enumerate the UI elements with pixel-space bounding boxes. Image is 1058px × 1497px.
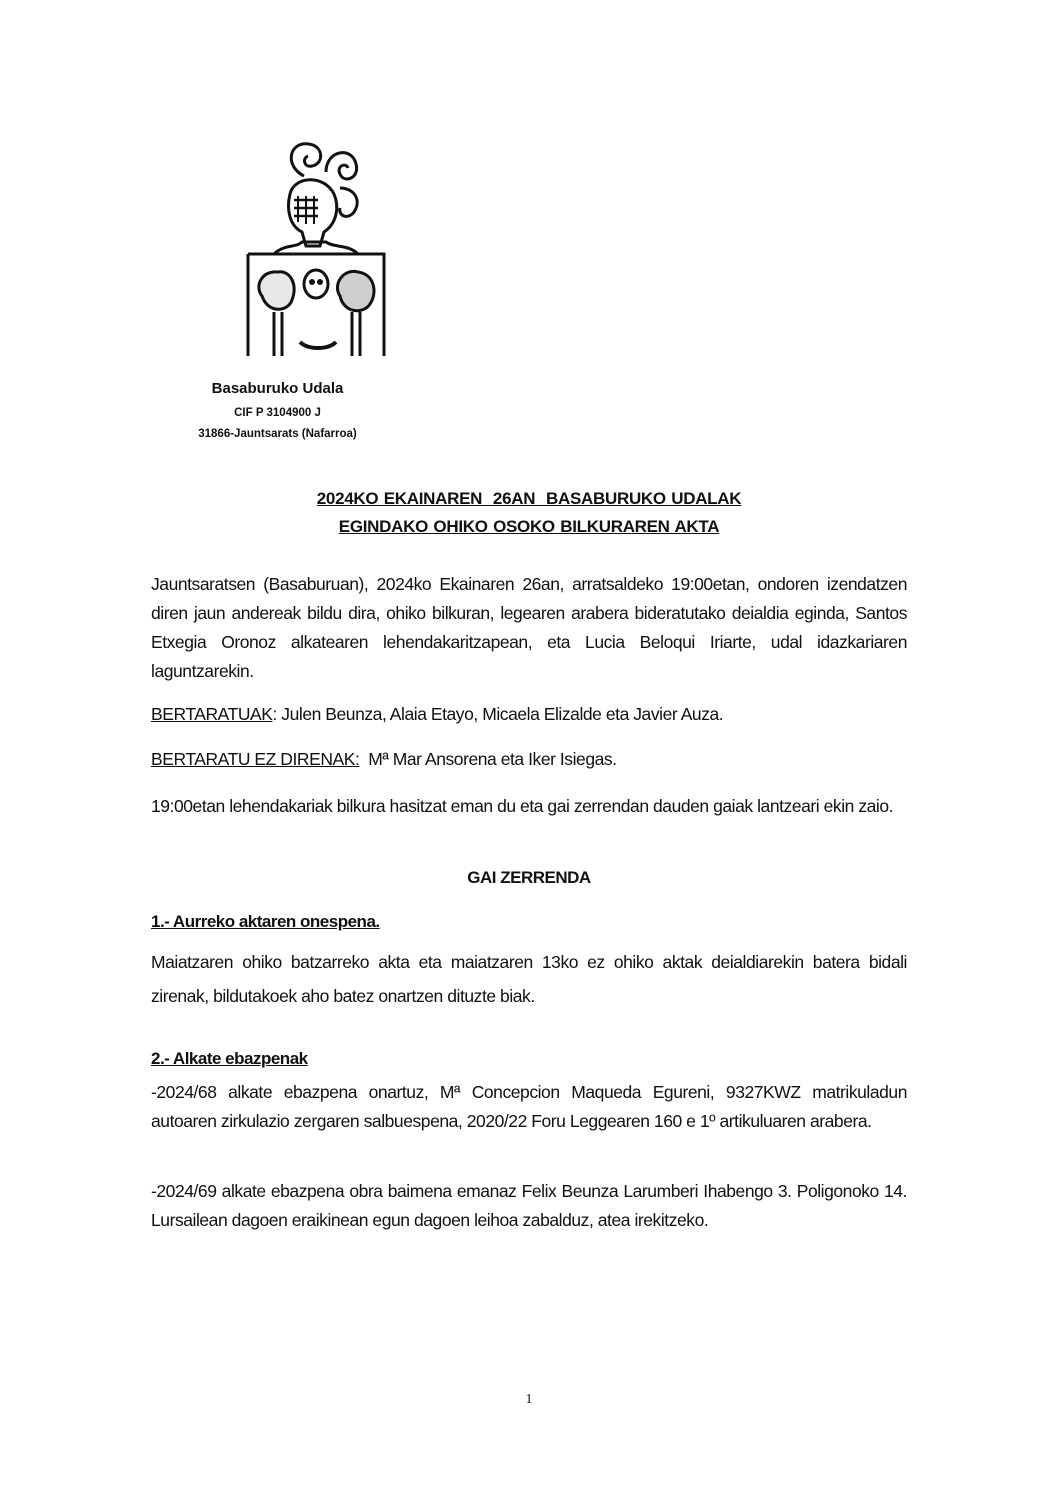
agenda-item-heading: 2.- Alkate ebazpenak bbox=[151, 1049, 308, 1069]
agenda-item-heading: 1.- Aurreko aktaren onespena. bbox=[151, 912, 380, 932]
present-label: BERTARATUAK bbox=[151, 704, 272, 724]
document-page: Basaburuko Udala CIF P 3104900 J 31866-J… bbox=[0, 0, 1058, 1497]
organization-address: 31866-Jauntsarats (Nafarroa) bbox=[150, 428, 405, 440]
attendees-present: BERTARATUAK: Julen Beunza, Alaia Etayo, … bbox=[151, 700, 907, 729]
absent-label: BERTARATU EZ DIRENAK: bbox=[151, 749, 359, 769]
start-paragraph: 19:00etan lehendakariak bilkura hasitzat… bbox=[151, 792, 907, 821]
present-names: Julen Beunza, Alaia Etayo, Micaela Eliza… bbox=[277, 704, 723, 724]
organization-cif: CIF P 3104900 J bbox=[150, 407, 405, 419]
coat-of-arms-icon bbox=[244, 136, 390, 358]
page-number: 1 bbox=[519, 1392, 539, 1408]
agenda-item-paragraph: Maiatzaren ohiko batzarreko akta eta mai… bbox=[151, 945, 907, 1013]
attendees-absent: BERTARATU EZ DIRENAK: Mª Mar Ansorena et… bbox=[151, 745, 907, 774]
document-title-line-2: EGINDAKO OHIKO OSOKO BILKURAREN AKTA bbox=[150, 517, 908, 537]
document-title-line-1: 2024KO EKAINAREN 26AN BASABURUKO UDALAK bbox=[150, 489, 908, 509]
organization-name: Basaburuko Udala bbox=[150, 380, 405, 397]
intro-paragraph: Jauntsaratsen (Basaburuan), 2024ko Ekain… bbox=[151, 570, 907, 686]
agenda-item-paragraph: -2024/69 alkate ebazpena obra baimena em… bbox=[151, 1177, 907, 1235]
agenda-item-paragraph: -2024/68 alkate ebazpena onartuz, Mª Con… bbox=[151, 1078, 907, 1136]
absent-names: Mª Mar Ansorena eta Iker Isiegas. bbox=[359, 749, 616, 769]
agenda-heading: GAI ZERRENDA bbox=[151, 868, 907, 888]
